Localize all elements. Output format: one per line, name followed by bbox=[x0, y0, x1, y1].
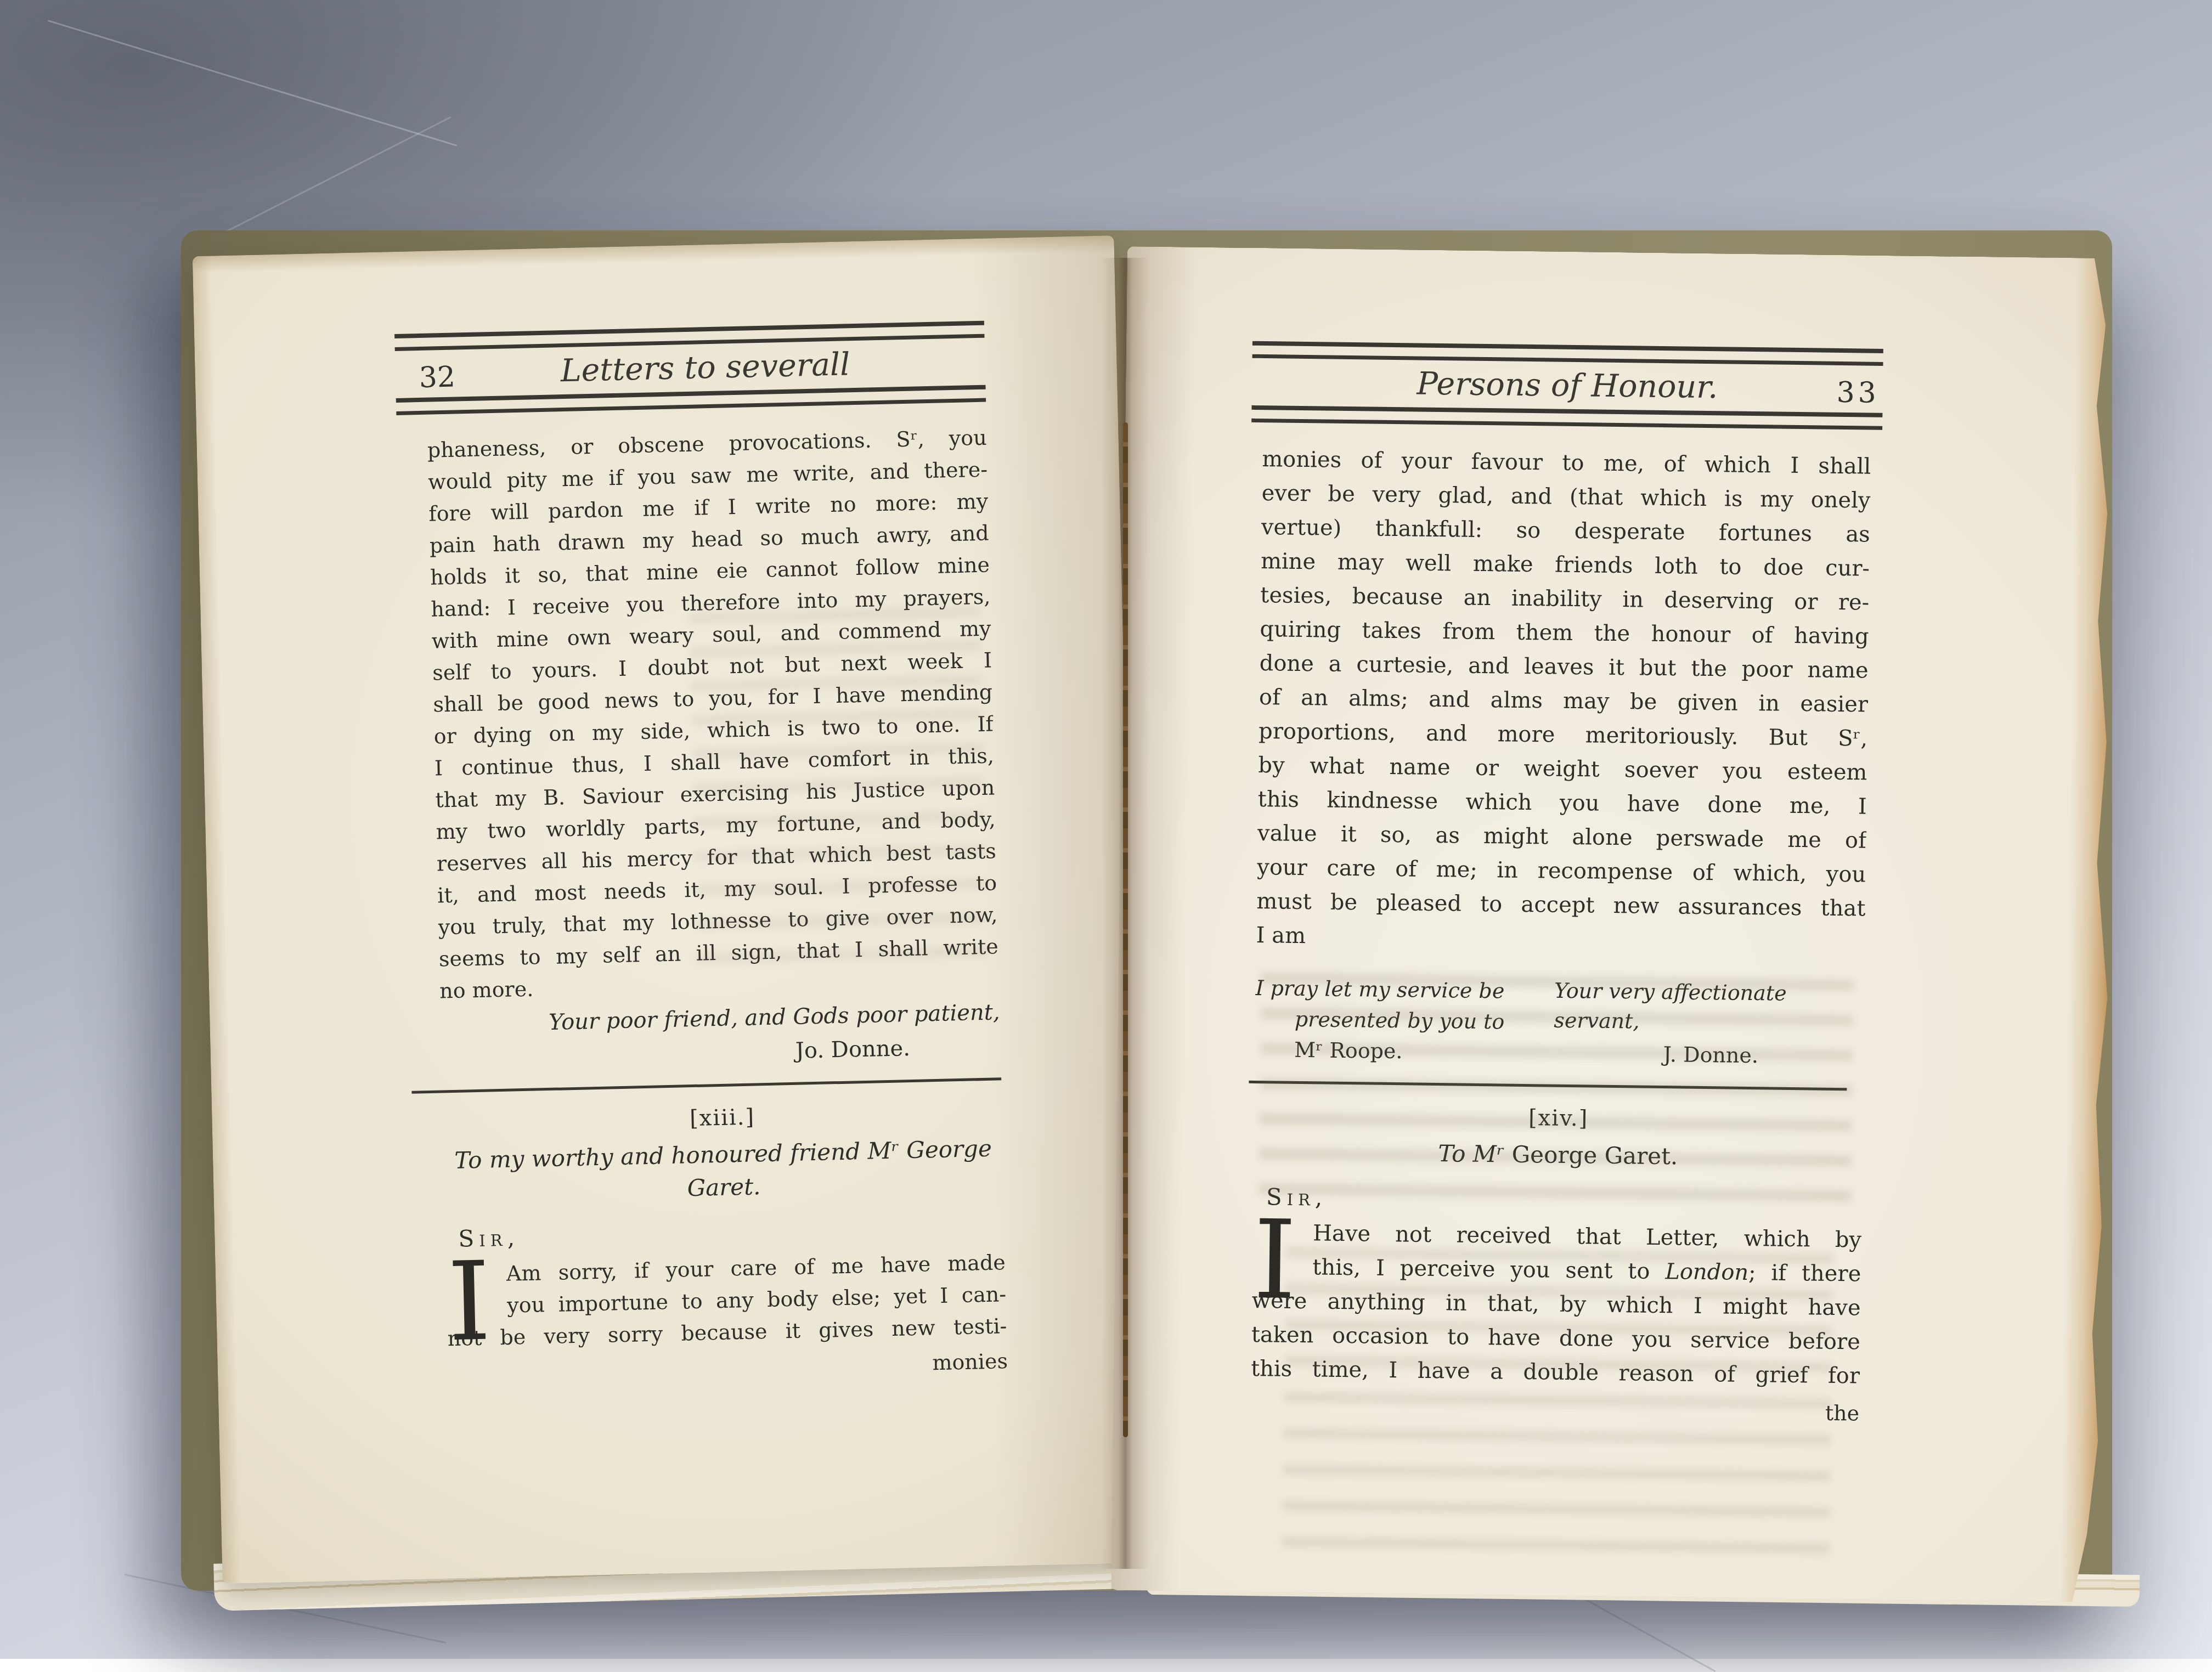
header-row: Persons of Honour. 33 bbox=[1263, 358, 1872, 413]
drop-cap: I bbox=[447, 1261, 492, 1344]
catchword: the bbox=[1250, 1389, 1860, 1431]
drop-cap: I bbox=[1253, 1219, 1297, 1302]
letter-body-text: phaneness, or obscene provocations. Sʳ, … bbox=[427, 422, 999, 1007]
page-right: Persons of Honour. 33 monies of your fav… bbox=[1111, 246, 2120, 1602]
page-right-content: Persons of Honour. 33 monies of your fav… bbox=[1250, 341, 1872, 1430]
section-heading-name: George Garet. bbox=[1511, 1141, 1678, 1170]
letter-opening: I Am sorry, if your care of me have made… bbox=[445, 1245, 1008, 1391]
letter-opening: I Have not received that Letter, which b… bbox=[1250, 1216, 1862, 1431]
text-line: Mʳ Roope. bbox=[1255, 1035, 1535, 1067]
table-scratch bbox=[48, 20, 458, 146]
closing-postscript: I pray let my service bepresented by you… bbox=[1255, 972, 1536, 1067]
closing-block: I pray let my service bepresented by you… bbox=[1255, 972, 1865, 1072]
open-book: 32 Letters to severall phaneness, or obs… bbox=[176, 219, 2129, 1613]
page-number: 32 bbox=[419, 361, 456, 394]
letter-body-text: monies of your favour to me, of which I … bbox=[1256, 442, 1871, 959]
section-divider-rule bbox=[1249, 1081, 1847, 1091]
letter-lines: Am sorry, if your care of me have madeyo… bbox=[445, 1245, 1007, 1353]
text-line: this time, I have a double reason of gri… bbox=[1251, 1352, 1860, 1393]
valediction: Your poor friend, and Gods poor patient,… bbox=[440, 997, 1001, 1074]
page-left: 32 Letters to severall phaneness, or obs… bbox=[193, 235, 1144, 1583]
letter-lines: Have not received that Letter, which byt… bbox=[1251, 1216, 1862, 1393]
page-left-content: 32 Letters to severall phaneness, or obs… bbox=[425, 321, 1008, 1391]
salutation: Sir, bbox=[445, 1213, 1005, 1252]
section-heading: To Mʳ George Garet. bbox=[1254, 1135, 1863, 1176]
section-divider-rule bbox=[411, 1077, 1001, 1093]
section-number: [xiv.] bbox=[1254, 1102, 1863, 1135]
text-line: presented by you to bbox=[1255, 1004, 1536, 1037]
valediction-line: Your very affectionate servant, bbox=[1554, 976, 1865, 1039]
running-header: Persons of Honour. 33 bbox=[1262, 341, 1872, 430]
section-heading: To my worthy and honoured friend Mʳ Geor… bbox=[443, 1132, 1004, 1210]
photo-scene: 32 Letters to severall phaneness, or obs… bbox=[0, 0, 2212, 1659]
section-heading-italic: To Mʳ bbox=[1438, 1140, 1512, 1168]
page-number: 33 bbox=[1836, 376, 1880, 410]
book-gutter-stitching bbox=[1102, 258, 1149, 1569]
salutation: Sir, bbox=[1253, 1183, 1863, 1218]
text-line: I pray let my service be bbox=[1255, 973, 1536, 1006]
closing-valediction: Your very affectionate servant, J. Donne… bbox=[1534, 975, 1864, 1071]
signature: J. Donne. bbox=[1553, 1038, 1864, 1072]
section-number: [xiii.] bbox=[442, 1099, 1002, 1137]
running-title: Persons of Honour. bbox=[1263, 358, 1872, 413]
running-header: 32 Letters to severall bbox=[425, 321, 986, 415]
